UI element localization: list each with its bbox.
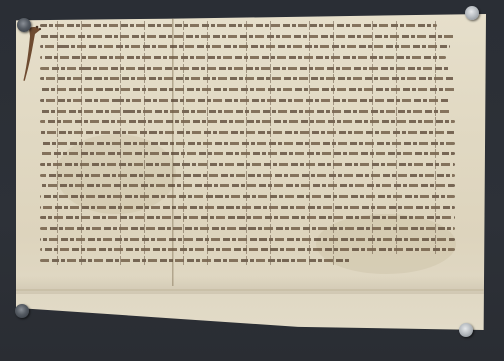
handwritten-text-stroke [40,77,455,80]
handwritten-text-stroke [40,88,455,91]
handwritten-text-stroke [40,174,455,177]
manuscript-line [40,127,472,138]
handwritten-text-stroke [40,45,450,48]
handwritten-text-stroke [40,152,455,155]
weight-top-right [465,6,479,20]
manuscript-line [40,223,472,234]
photo-background: Medieval handwritten charter on parchmen… [0,0,504,361]
handwritten-text-stroke [40,110,450,113]
handwritten-text-stroke [40,238,455,241]
manuscript-line [40,191,472,202]
handwritten-text-stroke [40,56,446,59]
manuscript-line [40,63,472,74]
parchment-charter [16,14,486,330]
handwritten-text-stroke [40,67,450,70]
manuscript-line [40,138,472,149]
handwritten-text-stroke [40,206,455,209]
manuscript-text-block [40,20,472,266]
manuscript-line [40,116,472,127]
weight-bottom-right [459,323,473,337]
plica-shadow [16,276,486,294]
handwritten-text-stroke [40,184,455,187]
manuscript-line [40,180,472,191]
manuscript-line [40,255,472,266]
handwritten-text-stroke [40,120,455,123]
manuscript-line [40,20,472,31]
weight-bottom-left [15,304,29,318]
handwritten-text-stroke [40,227,455,230]
manuscript-line [40,244,472,255]
manuscript-line [40,234,472,245]
handwritten-text-stroke [40,131,455,134]
manuscript-line [40,212,472,223]
manuscript-line [40,73,472,84]
handwritten-text-stroke [40,99,450,102]
handwritten-text-stroke [40,195,455,198]
manuscript-line [40,41,472,52]
manuscript-line [40,148,472,159]
manuscript-line [40,52,472,63]
manuscript-line [40,202,472,213]
handwritten-text-stroke [40,24,437,27]
manuscript-line [40,31,472,42]
manuscript-line [40,106,472,117]
handwritten-text-stroke [40,35,455,38]
weight-top-left [17,18,31,32]
manuscript-line [40,170,472,181]
handwritten-text-stroke [40,142,455,145]
manuscript-line [40,95,472,106]
horizontal-fold-crease [16,289,486,291]
handwritten-text-stroke [40,163,455,166]
handwritten-text-stroke [40,216,455,219]
handwritten-text-stroke [40,259,351,262]
manuscript-line [40,84,472,95]
manuscript-line [40,159,472,170]
handwritten-text-stroke [40,248,455,251]
